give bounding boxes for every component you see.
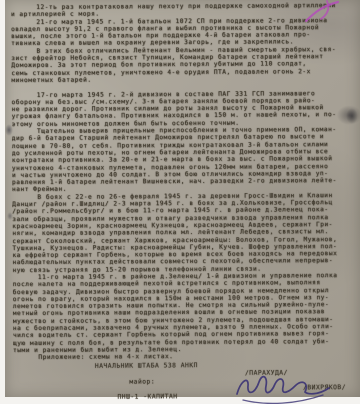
scanned-document-page: 12-ть раз контратаковал нашу пехоту при …: [0, 0, 360, 404]
handwritten-signature-icon: [233, 368, 353, 404]
pnsh-title: ПНШ-1 -КАПИТАН: [117, 393, 177, 400]
purple-pencil-mark-icon: [300, 0, 350, 24]
paper-sheet: 12-ть раз контратаковал нашу пехоту при …: [5, 0, 360, 397]
typewritten-text-block: 12-ть раз контратаковал нашу пехоту при …: [11, 2, 359, 362]
text-line: Приложение: схемы на 4-х листах.: [13, 352, 359, 361]
